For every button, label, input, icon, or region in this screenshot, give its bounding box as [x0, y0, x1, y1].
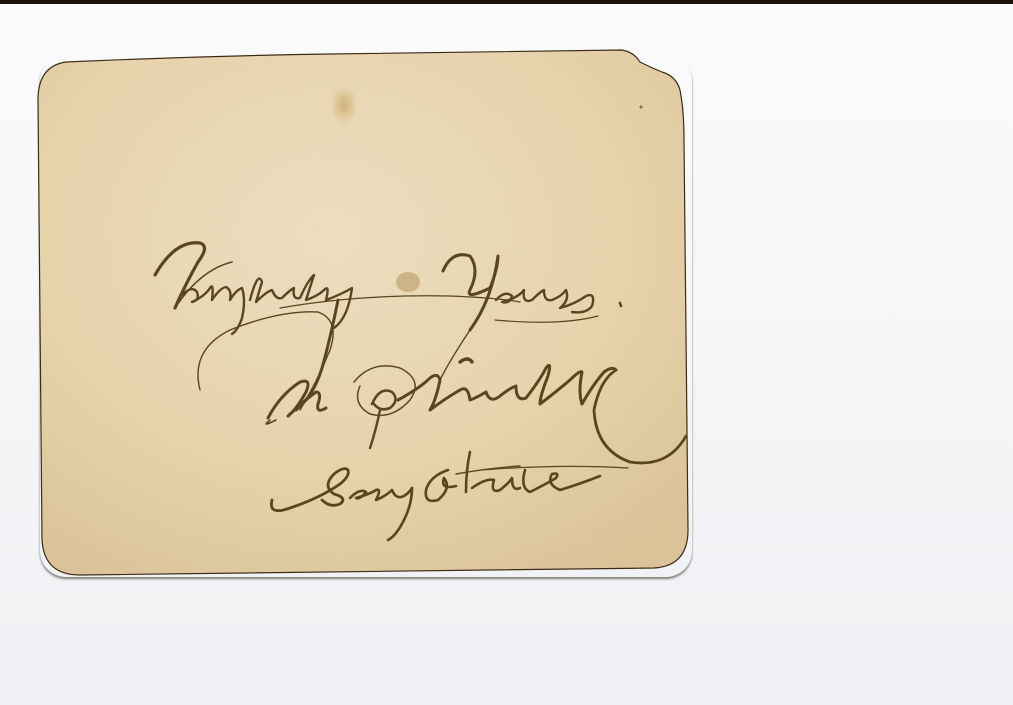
speck: [640, 106, 643, 109]
autograph-card: [0, 0, 1013, 705]
stain-mark: [330, 85, 358, 125]
stain-mark-small: [396, 272, 420, 292]
photo-scene: Very truly Yours, [handwritten signature…: [0, 0, 1013, 705]
